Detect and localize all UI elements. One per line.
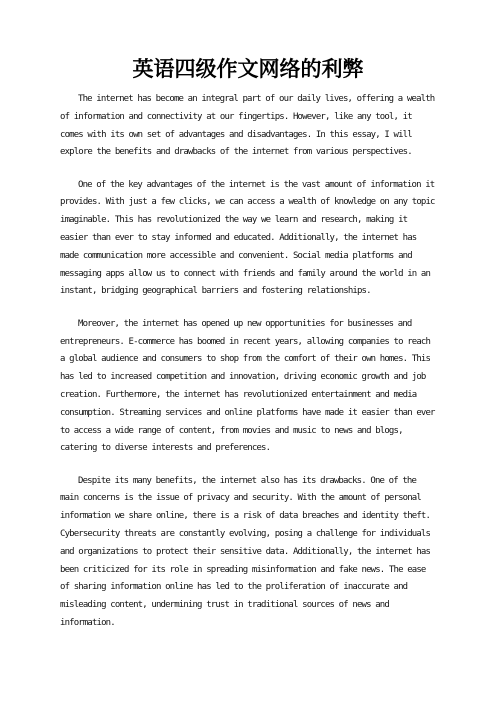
text-line: consumption. Streaming services and onli… (60, 405, 436, 423)
document-page: 英语四级作文网络的利弊 The internet has become an i… (0, 0, 496, 702)
document-title: 英语四级作文网络的利弊 (60, 57, 436, 82)
text-line: a global audience and consumers to shop … (60, 351, 436, 369)
text-line: Despite its many benefits, the internet … (60, 473, 436, 491)
text-line: catering to diverse interests and prefer… (60, 440, 436, 458)
text-line: information we share online, there is a … (60, 508, 436, 526)
text-line: misleading content, undermining trust in… (60, 597, 436, 615)
paragraph: The internet has become an integral part… (60, 91, 436, 162)
paragraph: Despite its many benefits, the internet … (60, 473, 436, 633)
text-line: comes with its own set of advantages and… (60, 127, 436, 145)
text-line: provides. With just a few clicks, we can… (60, 194, 436, 212)
paragraph: Moreover, the internet has opened up new… (60, 316, 436, 458)
paragraph: One of the key advantages of the interne… (60, 177, 436, 302)
document-body: The internet has become an integral part… (60, 91, 436, 633)
text-line: and organizations to protect their sensi… (60, 544, 436, 562)
text-line: explore the benefits and drawbacks of th… (60, 144, 436, 162)
text-line: Cybersecurity threats are constantly evo… (60, 526, 436, 544)
text-line: has led to increased competition and inn… (60, 369, 436, 387)
text-line: easier than ever to stay informed and ed… (60, 230, 436, 248)
text-line: main concerns is the issue of privacy an… (60, 490, 436, 508)
text-line: instant, bridging geographical barriers … (60, 283, 436, 301)
text-line: of information and connectivity at our f… (60, 109, 436, 127)
text-line: to access a wide range of content, from … (60, 423, 436, 441)
text-line: information. (60, 615, 436, 633)
text-line: entrepreneurs. E-commerce has boomed in … (60, 334, 436, 352)
text-line: creation. Furthermore, the internet has … (60, 387, 436, 405)
text-line: Moreover, the internet has opened up new… (60, 316, 436, 334)
text-line: One of the key advantages of the interne… (60, 177, 436, 195)
text-line: of sharing information online has led to… (60, 579, 436, 597)
text-line: been criticized for its role in spreadin… (60, 562, 436, 580)
text-line: messaging apps allow us to connect with … (60, 266, 436, 284)
text-line: made communication more accessible and c… (60, 248, 436, 266)
text-line: The internet has become an integral part… (60, 91, 436, 109)
text-line: imaginable. This has revolutionized the … (60, 212, 436, 230)
